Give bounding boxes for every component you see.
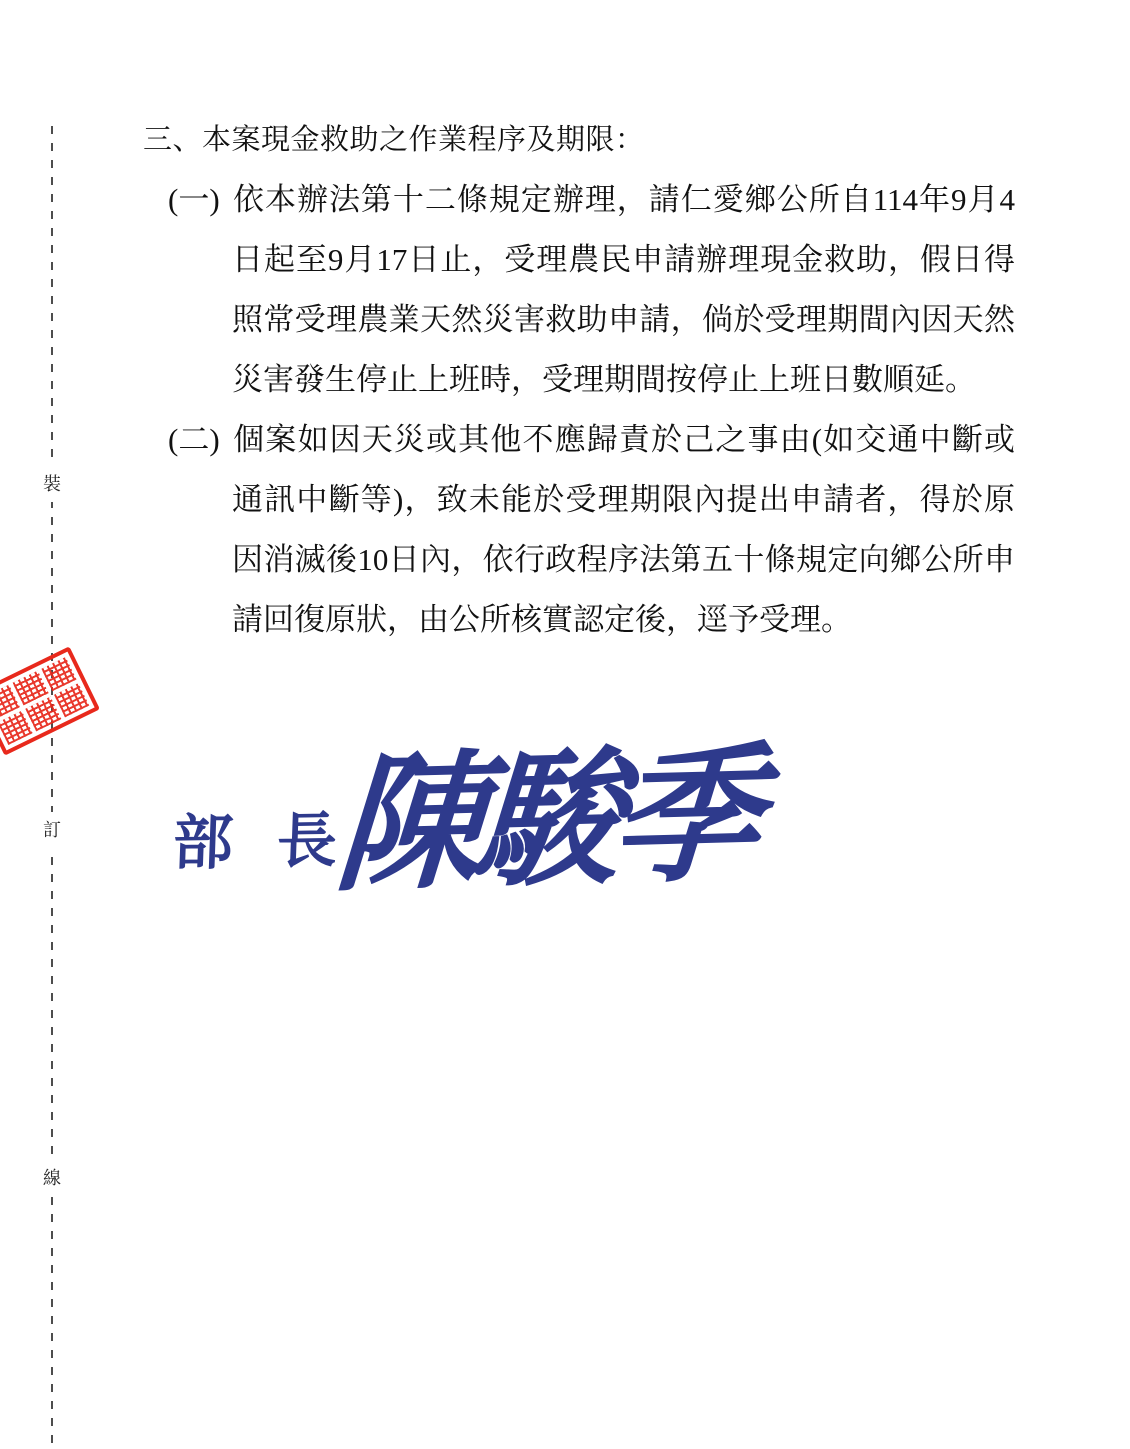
binding-label-ding: 訂 [37,812,67,848]
binding-label-zhuang: 裝 [37,466,67,502]
seal-script-cell [26,697,62,731]
section-heading: 三、本案現金救助之作業程序及期限： [143,110,1015,170]
binding-label-xian: 線 [37,1160,67,1196]
binding-dashed-line [51,126,53,1449]
document-body: 三、本案現金救助之作業程序及期限： (一)依本辦法第十二條規定辦理，請仁愛鄉公所… [143,110,1015,650]
list-item-2: (二)個案如因天災或其他不應歸責於己之事由(如交通中斷或通訊中斷等)，致未能於受… [168,410,1015,650]
scanned-document-page: 裝 訂 線 三、本案現金救助之作業程序及期限： (一)依本辦法第十二條規定辦理，… [0,0,1130,1449]
minister-signature: 陳駿季 [331,736,755,907]
list-item-2-marker: (二) [168,410,232,470]
list-item-1: (一)依本辦法第十二條規定辦理，請仁愛鄉公所自114年9月4日起至9月17日止，… [168,170,1015,410]
official-red-seal [0,646,100,755]
list-item-2-text: 個案如因天災或其他不應歸責於己之事由(如交通中斷或通訊中斷等)，致未能於受理期限… [232,422,1015,637]
seal-script-cell [54,683,90,717]
list-item-1-text: 依本辦法第十二條規定辦理，請仁愛鄉公所自114年9月4日起至9月17日止，受理農… [232,182,1015,397]
list-item-1-marker: (一) [168,170,232,230]
